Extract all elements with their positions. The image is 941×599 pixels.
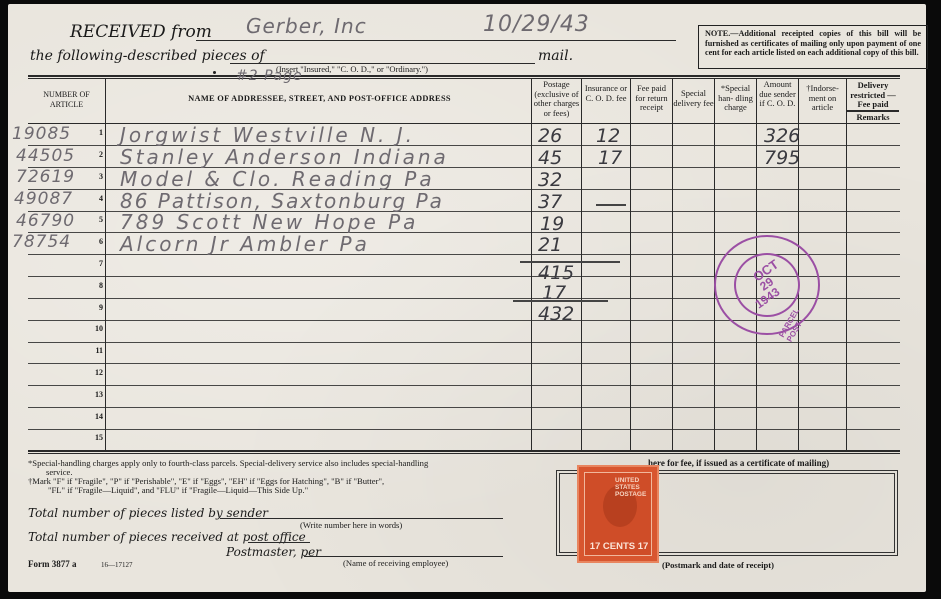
addressee: 789 Scott New Hope Pa [120,210,418,234]
note-box: NOTE.—Additional receipted copies of thi… [698,25,928,69]
postmaster-underline [304,556,503,557]
addressee: Model & Clo. Reading Pa [120,167,435,191]
postage-value: 26 [538,125,562,147]
header-insurance: Insurance or C. O. D. fee [582,84,630,103]
date-value: 10/29/43 [483,12,590,37]
received-from-label: RECEIVED from [70,22,212,42]
form-number: Form 3877 a [28,559,77,569]
stamp-value: 17 CENTS 17 [585,541,653,552]
row-number: 6 [83,237,103,246]
header-special-handling: *Special han- dling charge [715,84,756,113]
page-note: #2 Page [236,68,303,84]
row-number: 11 [83,346,103,355]
postmark-stamp: OCT 29 1943 PARCEL POST [714,235,820,335]
print-code: 16—17127 [101,561,133,569]
col-divider-postage [581,79,582,451]
postage-subtotal: 415 [538,262,574,284]
row-line [28,407,900,408]
pieces-of-label: the following-described pieces of [30,48,265,64]
postage-grand-total: 432 [538,303,574,325]
col-divider-number [105,79,106,451]
article-number: 44505 [16,146,75,166]
header-amount-due: Amount due sender if C. O. D. [757,80,798,109]
postage-stamp-17-cents: UNITED STATES POSTAGE 17 CENTS 17 [579,467,657,561]
row-number: 9 [83,303,103,312]
write-number-hint: (Write number here in words) [300,520,402,530]
insurance-dash [596,204,626,206]
row-line [28,385,900,386]
row-number: 2 [83,150,103,159]
postage-value: 32 [538,169,562,191]
addressee: Alcorn Jr Ambler Pa [120,232,370,256]
article-number: 46790 [16,211,75,231]
affix-stamp-label: here for fee, if issued as a certificate… [648,458,829,468]
firm-mailing-book-form: RECEIVED from Gerber, Inc 10/29/43 the f… [8,4,926,592]
row-number: 1 [83,128,103,137]
header-indorsement: †Indorse- ment on article [799,84,846,113]
sum-line-2 [513,300,608,302]
total-received-underline [248,542,310,543]
postmark-date-label: (Postmark and date of receipt) [662,560,774,570]
row-number: 10 [83,324,103,333]
article-number: 78754 [12,232,71,252]
amount-due-value: 795 [764,147,800,169]
col-divider-special-delivery [714,79,715,451]
header-special-delivery: Special delivery fee [673,89,714,108]
col-divider-indorsement [846,79,847,451]
header-remarks: Remarks [847,113,899,123]
footnote-special-handling: *Special-handling charges apply only to … [28,458,428,468]
dot-mark [213,71,216,74]
row-number: 5 [83,215,103,224]
postage-value: 19 [540,213,564,235]
table-bottom-rule [28,450,900,452]
addressee: Jorgwist Westville N. J. [120,123,415,147]
postage-value: 21 [538,234,562,256]
col-divider-name [531,79,532,451]
col-divider-insurance [630,79,631,451]
row-number: 3 [83,172,103,181]
row-number: 12 [83,368,103,377]
header-number-of-article: NUMBER OF ARTICLE [28,90,105,109]
row-number: 4 [83,194,103,203]
header-fee-return-receipt: Fee paid for return receipt [631,84,672,113]
amount-due-value: 326 [764,125,800,147]
row-number: 15 [83,433,103,442]
col-divider-fee-return [672,79,673,451]
insurance-value: 12 [596,125,620,147]
row-number: 8 [83,281,103,290]
received-from-value: Gerber, Inc [246,14,367,38]
insurance-value: 17 [598,147,622,169]
article-number: 49087 [14,189,73,209]
stamp-portrait-frame: UNITED STATES POSTAGE 17 CENTS 17 [584,472,652,556]
addressee: Stanley Anderson Indiana [120,145,449,169]
employee-hint: (Name of receiving employee) [343,558,448,568]
total-listed-underline [220,518,503,519]
row-number: 14 [83,412,103,421]
header-postage: Postage (exclusive of other charges or f… [532,80,581,118]
table-bottom-rule-2 [28,453,900,454]
footnote-mark-line2: "FL" if "Fragile—Liquid", and "FLU" if "… [48,485,308,495]
row-number: 7 [83,259,103,268]
header-name-address: NAME OF ADDRESSEE, STREET, AND POST-OFFI… [108,94,531,104]
row-line [28,363,900,364]
received-from-underline [196,40,676,41]
postage-value: 37 [538,191,562,213]
table-top-rule [28,75,900,77]
row-line [28,429,900,430]
header-delivery-restricted: Delivery restricted —Fee paid [847,81,899,110]
mail-label: mail. [538,48,573,64]
article-number: 19085 [12,124,71,144]
row-number: 13 [83,390,103,399]
postage-value: 45 [538,147,562,169]
stamp-country: UNITED STATES POSTAGE [615,477,651,498]
row-line [28,342,900,343]
article-number: 72619 [16,167,75,187]
